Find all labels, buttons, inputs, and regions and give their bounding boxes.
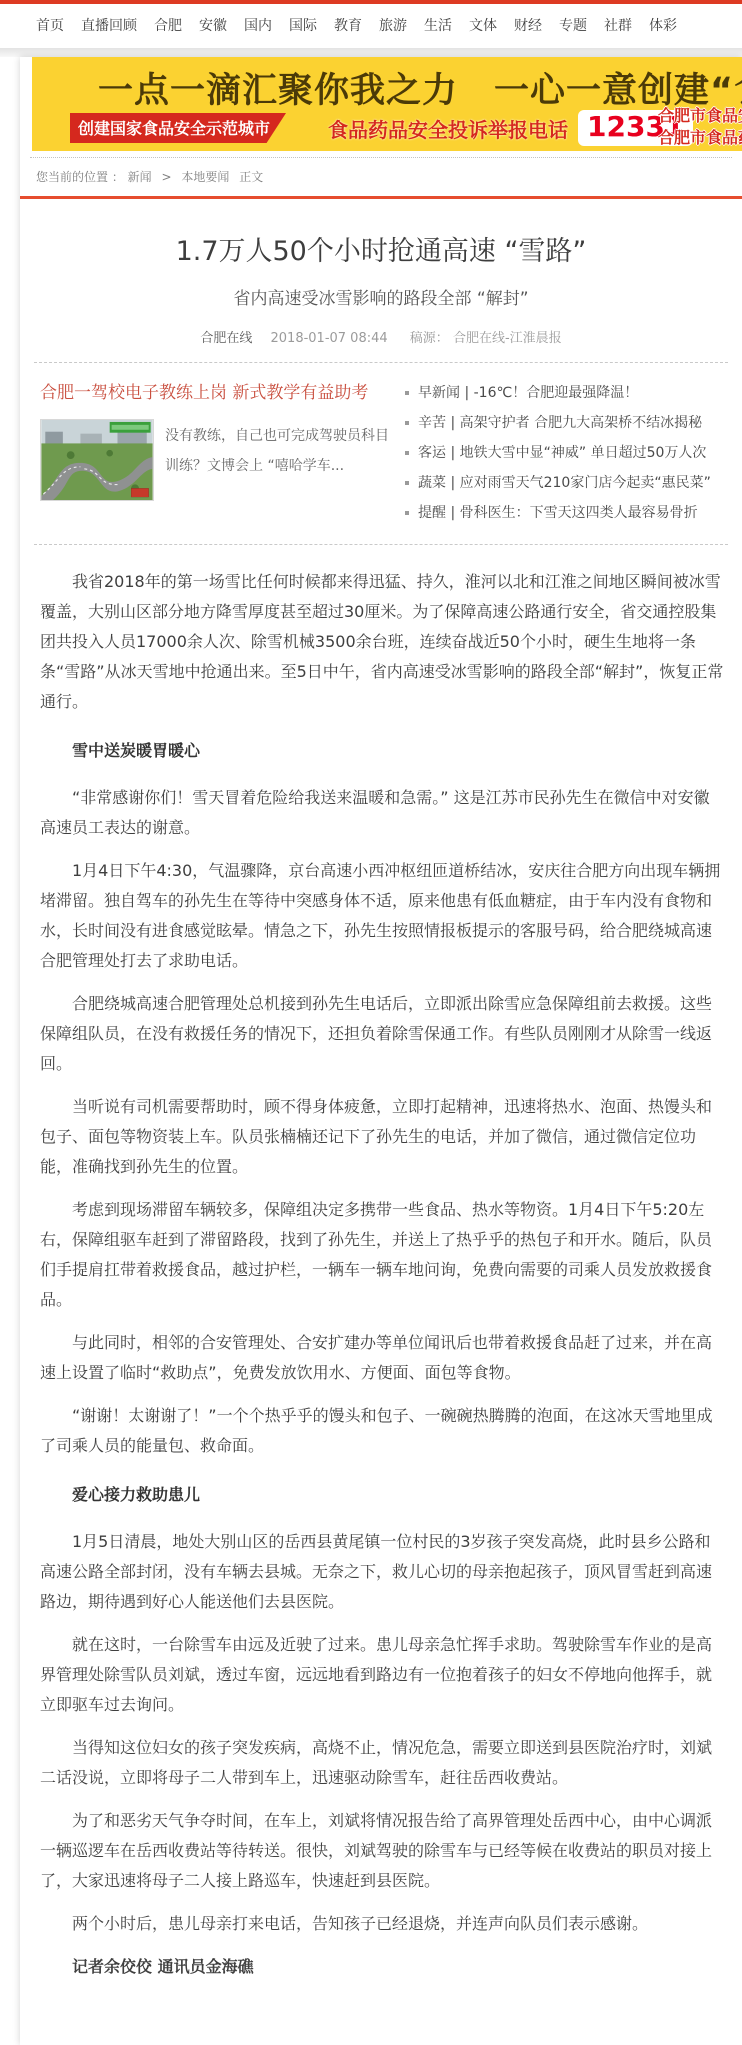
nav-link-13[interactable]: 体彩: [649, 18, 677, 34]
square-bullet-icon: [405, 481, 409, 485]
article-paragraph: 就在这时，一台除雪车由远及近驶了过来。患儿母亲急忙挥手求助。驾驶除雪车作业的是高…: [40, 1630, 724, 1720]
nav-link-2[interactable]: 合肥: [154, 18, 182, 34]
article-paragraph: 我省2018年的第一场雪比任何时候都来得迅猛、持久，淮河以北和江淮之间地区瞬间被…: [40, 567, 724, 717]
food-safety-banner[interactable]: 一点一滴汇聚你我之力 一心一意创建“食安合肥” 创建国家食品安全示范城市 食品药…: [32, 57, 742, 151]
article-paragraph: “谢谢！太谢谢了！”一个个热乎乎的馒头和包子、一碗碗热腾腾的泡面，在这冰天雪地里…: [40, 1401, 724, 1461]
article-subtitle: 省内高速受冰雪影响的路段全部 “解封”: [40, 284, 722, 309]
article-body: 我省2018年的第一场雪比任何时候都来得迅猛、持久，淮河以北和江淮之间地区瞬间被…: [20, 545, 742, 2005]
article-paragraph: 为了和恶劣天气争夺时间，在车上，刘斌将情况报告给了高界管理处岳西中心，由中心调派…: [40, 1806, 724, 1896]
nav-link-7[interactable]: 旅游: [379, 18, 407, 34]
origin-label: 稿源：: [410, 331, 449, 346]
related-news-list: 早新闻 | -16℃！合肥迎最强降温！辛苦 | 高架守护者 合肥九大高架桥不结冰…: [396, 376, 722, 528]
square-bullet-icon: [405, 451, 409, 455]
square-bullet-icon: [405, 391, 409, 395]
featured-story-title[interactable]: 合肥一驾校电子教练上岗 新式教学有益助考: [40, 376, 396, 410]
article-paragraph: 1月4日下午4:30，气温骤降，京台高速小西冲枢纽匝道桥结冰，安庆往合肥方向出现…: [40, 856, 724, 976]
content-wrapper: 一点一滴汇聚你我之力 一心一意创建“食安合肥” 创建国家食品安全示范城市 食品药…: [20, 57, 742, 2045]
article-datetime: 2018-01-07 08:44: [271, 331, 388, 346]
page-title: 1.7万人50个小时抢通高速 “雪路”: [40, 229, 722, 268]
article-paragraph: “非常感谢你们！雪天冒着危险给我送来温暖和急需。” 这是江苏市民孙先生在微信中对…: [40, 783, 724, 843]
banner-ribbon: 创建国家食品安全示范城市: [70, 113, 286, 143]
nav-link-8[interactable]: 生活: [424, 18, 452, 34]
nav-link-4[interactable]: 国内: [244, 18, 272, 34]
breadcrumb-current: 正文: [239, 170, 263, 184]
featured-story-summary: 没有教练，自己也可完成驾驶员科目训练？文博会上 “嘻哈学车...: [165, 419, 396, 501]
breadcrumb: 您当前的位置 ： 新闻 > 本地要闻 正文: [30, 157, 732, 196]
related-news-item[interactable]: 蔬菜 | 应对雨雪天气210家门店今起卖“惠民菜”: [418, 468, 722, 498]
org-line-1: 合肥市食品安全委员会办: [658, 105, 742, 127]
article-paragraph: 当听说有司机需要帮助时，顾不得身体疲惫，立即打起精神，迅速将热水、泡面、热馒头和…: [40, 1092, 724, 1182]
article-source: 合肥在线: [200, 331, 252, 346]
nav-link-10[interactable]: 财经: [514, 18, 542, 34]
article-origin: 合肥在线-江淮晨报: [453, 331, 562, 346]
related-news-item[interactable]: 提醒 | 骨科医生：下雪天这四类人最容易骨折: [418, 498, 722, 528]
breadcrumb-link-news[interactable]: 新闻: [128, 170, 152, 184]
article-paragraph: 两个小时后，患儿母亲打来电话，告知孩子已经退烧，并连声向队员们表示感谢。: [40, 1909, 724, 1939]
nav-shadow-divider: [0, 48, 742, 57]
org-line-2: 合肥市食品药品监督管理: [658, 127, 742, 149]
breadcrumb-link-local[interactable]: 本地要闻: [181, 170, 229, 184]
nav-link-0[interactable]: 首页: [36, 18, 64, 34]
nav-link-1[interactable]: 直播回顾: [81, 18, 137, 34]
related-news-block: 合肥一驾校电子教练上岗 新式教学有益助考: [34, 362, 728, 545]
hotline-label: 食品药品安全投诉举报电话: [328, 114, 568, 143]
breadcrumb-prefix: 您当前的位置 ：: [36, 170, 124, 184]
article-paragraph: 当得知这位妇女的孩子突发疾病，高烧不止，情况危急，需要立即送到县医院治疗时，刘斌…: [40, 1733, 724, 1793]
related-news-item[interactable]: 辛苦 | 高架守护者 合肥九大高架桥不结冰揭秘: [418, 408, 722, 438]
breadcrumb-separator: >: [162, 170, 172, 184]
nav-link-6[interactable]: 教育: [334, 18, 362, 34]
nav-link-12[interactable]: 社群: [604, 18, 632, 34]
driving-course-thumbnail[interactable]: [40, 419, 154, 501]
banner-slogan: 一点一滴汇聚你我之力 一心一意创建“食安合肥”: [98, 63, 742, 113]
nav-link-9[interactable]: 文体: [469, 18, 497, 34]
nav-link-3[interactable]: 安徽: [199, 18, 227, 34]
nav-link-11[interactable]: 专题: [559, 18, 587, 34]
featured-story: 合肥一驾校电子教练上岗 新式教学有益助考: [40, 376, 396, 528]
nav-link-5[interactable]: 国际: [289, 18, 317, 34]
top-nav: 首页直播回顾合肥安徽国内国际教育旅游生活文体财经专题社群体彩: [0, 4, 742, 48]
article-meta: 合肥在线 2018-01-07 08:44 稿源： 合肥在线-江淮晨报: [40, 327, 722, 346]
banner-bottom-row: 创建国家食品安全示范城市 食品药品安全投诉举报电话 12331: [70, 110, 693, 146]
article-paragraph: 考虑到现场滞留车辆较多，保障组决定多携带一些食品、热水等物资。1月4日下午5:2…: [40, 1195, 724, 1315]
article-paragraph: 合肥绕城高速合肥管理处总机接到孙先生电话后，立即派出除雪应急保障组前去救援。这些…: [40, 989, 724, 1079]
related-news-item[interactable]: 客运 | 地铁大雪中显“神威” 单日超过50万人次: [418, 438, 722, 468]
square-bullet-icon: [405, 511, 409, 515]
square-bullet-icon: [405, 421, 409, 425]
featured-story-row: 没有教练，自己也可完成驾驶员科目训练？文博会上 “嘻哈学车...: [40, 419, 396, 501]
article-paragraph: 与此同时，相邻的合安管理处、合安扩建办等单位闻讯后也带着救援食品赶了过来，并在高…: [40, 1328, 724, 1388]
section-heading: 爱心接力救助患儿: [40, 1480, 724, 1510]
article-paragraph: 1月5日清晨，地处大别山区的岳西县黄尾镇一位村民的3岁孩子突发高烧，此时县乡公路…: [40, 1527, 724, 1617]
article-header: 1.7万人50个小时抢通高速 “雪路” 省内高速受冰雪影响的路段全部 “解封” …: [20, 199, 742, 346]
related-news-item[interactable]: 早新闻 | -16℃！合肥迎最强降温！: [418, 378, 722, 408]
section-heading: 雪中送炭暖胃暖心: [40, 736, 724, 766]
banner-org-names: 合肥市食品安全委员会办 合肥市食品药品监督管理: [658, 105, 742, 149]
byline: 记者余佼佼 通讯员金海礁: [40, 1952, 724, 1982]
